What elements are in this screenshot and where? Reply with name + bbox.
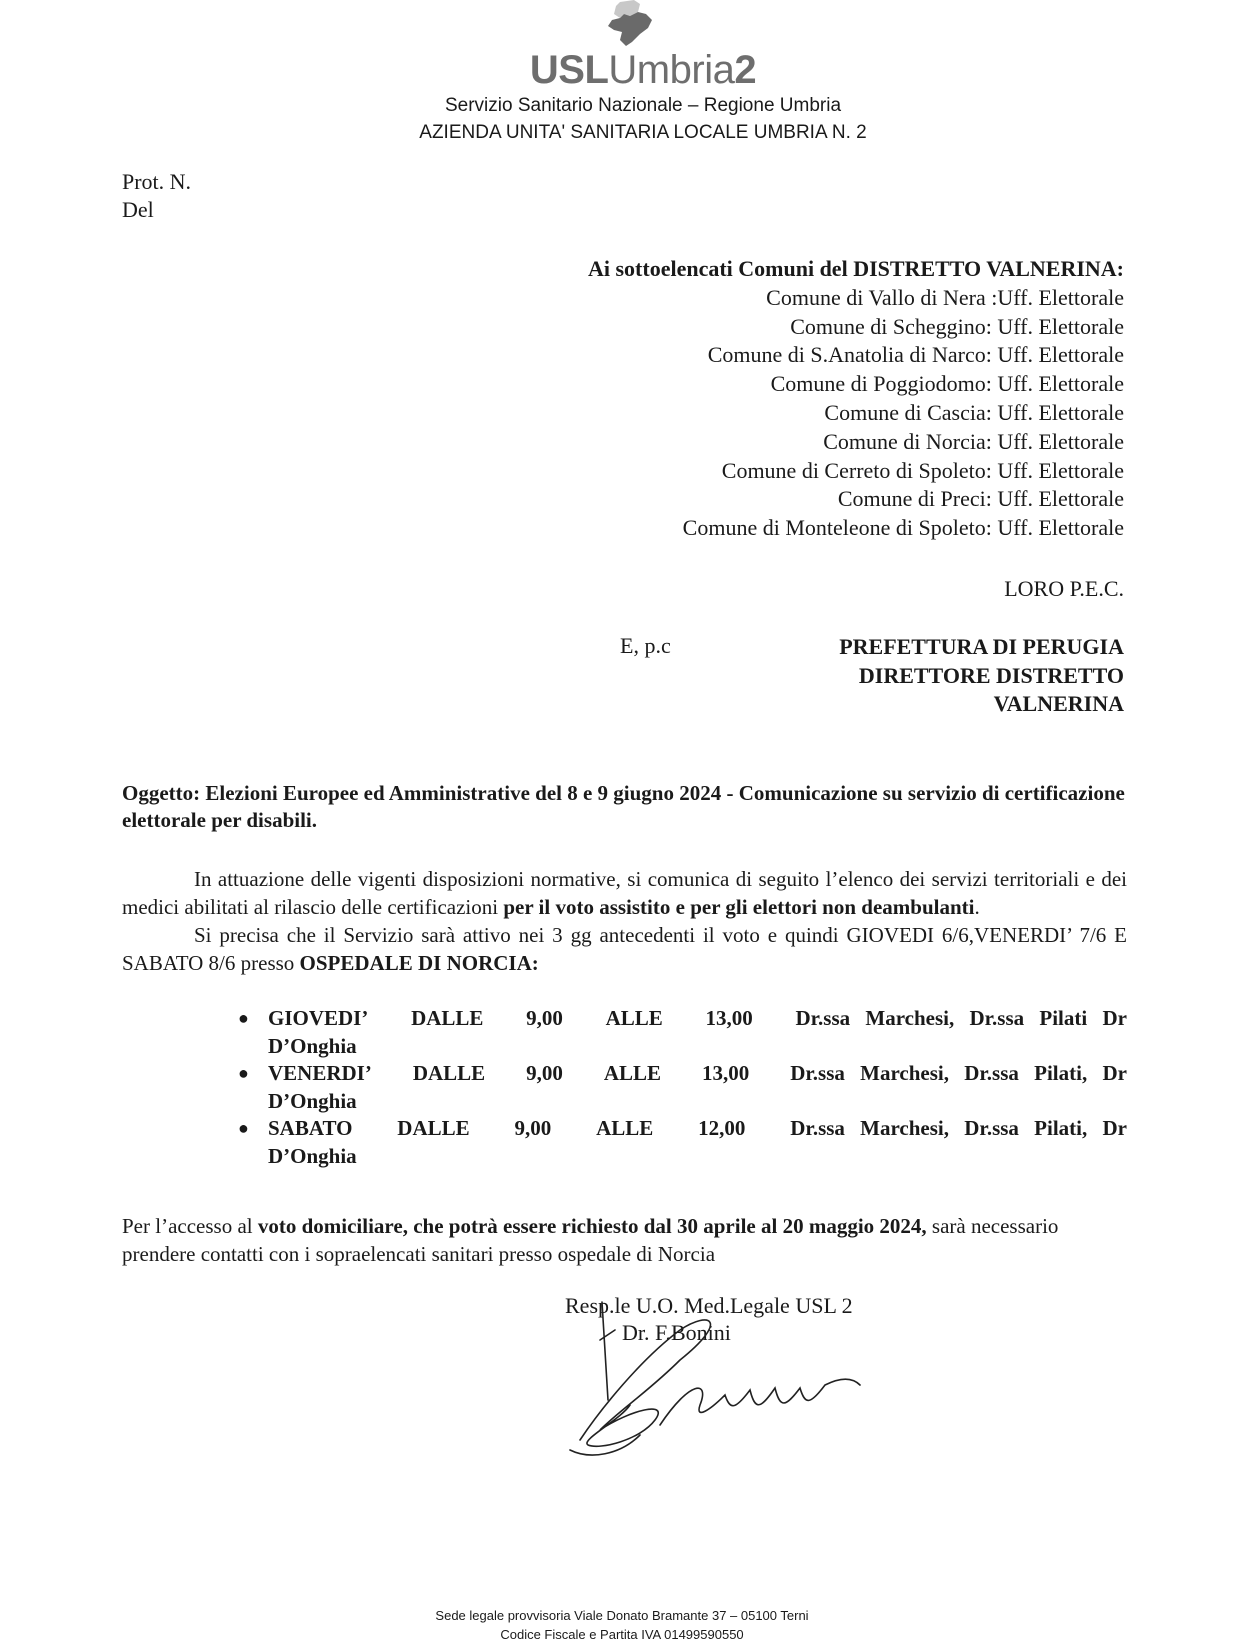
header-agency-name: AZIENDA UNITA' SANITARIA LOCALE UMBRIA N… [0, 122, 1234, 144]
cc-line: DIRETTORE DISTRETTO [839, 662, 1124, 691]
recipient-item: Comune di Norcia: Uff. Elettorale [588, 428, 1124, 457]
protocol-block: Prot. N. Del [122, 168, 191, 224]
body-text: . [974, 895, 979, 919]
cc-line: PREFETTURA DI PERUGIA [839, 633, 1124, 662]
schedule-from-label: DALLE [413, 1060, 485, 1088]
body-paragraph-1: In attuazione delle vigenti disposizioni… [122, 865, 1127, 921]
schedule-to-time: 13,00 [702, 1060, 749, 1088]
recipient-item: Comune di Cerreto di Spoleto: Uff. Elett… [588, 457, 1124, 486]
logo-umbria-text: Umbria [608, 48, 734, 92]
hospital-name: OSPEDALE DI NORCIA: [300, 951, 539, 975]
header-subtitle: Servizio Sanitario Nazionale – Regione U… [0, 95, 1234, 117]
recipients-heading: Ai sottoelencati Comuni del DISTRETTO VA… [588, 255, 1124, 284]
logo-number-text: 2 [734, 48, 756, 92]
protocol-number-label: Prot. N. [122, 168, 191, 196]
recipient-item: Comune di S.Anatolia di Narco: Uff. Elet… [588, 341, 1124, 370]
schedule-from-time: 9,00 [526, 1005, 563, 1033]
recipients-block: Ai sottoelencati Comuni del DISTRETTO VA… [588, 255, 1124, 543]
closing-bold-text: voto domiciliare, che potrà essere richi… [258, 1214, 927, 1238]
schedule-item: ● SABATO DALLE 9,00 ALLE 12,00 Dr.ssa Ma… [232, 1115, 1127, 1170]
recipient-item: Comune di Cascia: Uff. Elettorale [588, 399, 1124, 428]
schedule-from-label: DALLE [397, 1115, 469, 1143]
cc-line: VALNERINA [839, 690, 1124, 719]
schedule-to-time: 13,00 [706, 1005, 753, 1033]
schedule-from-label: DALLE [411, 1005, 483, 1033]
cc-recipients: PREFETTURA DI PERUGIA DIRETTORE DISTRETT… [839, 633, 1124, 719]
body-text: Si precisa che il Servizio sarà attivo n… [122, 923, 1127, 975]
schedule-list: ● GIOVEDI’ DALLE 9,00 ALLE 13,00 Dr.ssa … [232, 1005, 1127, 1170]
footer-tax-id: Codice Fiscale e Partita IVA 01499590550 [0, 1627, 1234, 1642]
schedule-to-label: ALLE [604, 1060, 661, 1088]
schedule-to-time: 12,00 [698, 1115, 745, 1143]
schedule-day: SABATO [268, 1115, 352, 1143]
schedule-day: GIOVEDI’ [268, 1005, 368, 1033]
bullet-icon: ● [238, 1005, 249, 1033]
schedule-from-time: 9,00 [515, 1115, 552, 1143]
schedule-from-time: 9,00 [526, 1060, 563, 1088]
schedule-doctors: Dr.ssa Marchesi, Dr.ssa Pilati Dr [796, 1005, 1127, 1033]
schedule-item: ● VENERDI’ DALLE 9,00 ALLE 13,00 Dr.ssa … [232, 1060, 1127, 1115]
recipient-item: Comune di Preci: Uff. Elettorale [588, 485, 1124, 514]
schedule-doctors-cont: D’Onghia [268, 1143, 1127, 1171]
schedule-item: ● GIOVEDI’ DALLE 9,00 ALLE 13,00 Dr.ssa … [232, 1005, 1127, 1060]
recipient-item: Comune di Poggiodomo: Uff. Elettorale [588, 370, 1124, 399]
body-bold-text: per il voto assistito e per gli elettori… [503, 895, 974, 919]
handwritten-signature-icon [560, 1300, 920, 1460]
schedule-to-label: ALLE [606, 1005, 663, 1033]
loro-pec-label: LORO P.E.C. [1004, 576, 1124, 602]
logo-usl-text: USL [530, 48, 609, 92]
closing-text: Per l’accesso al [122, 1214, 258, 1238]
schedule-day: VENERDI’ [268, 1060, 372, 1088]
umbria-map-logo-icon [590, 0, 660, 48]
bullet-icon: ● [238, 1115, 249, 1143]
schedule-doctors-cont: D’Onghia [268, 1088, 1127, 1116]
recipient-item: Comune di Vallo di Nera :Uff. Elettorale [588, 284, 1124, 313]
schedule-to-label: ALLE [596, 1115, 653, 1143]
recipient-item: Comune di Monteleone di Spoleto: Uff. El… [588, 514, 1124, 543]
bullet-icon: ● [238, 1060, 249, 1088]
schedule-doctors-cont: D’Onghia [268, 1033, 1127, 1061]
letter-body: In attuazione delle vigenti disposizioni… [122, 865, 1127, 977]
subject-line: Oggetto: Elezioni Europee ed Amministrat… [122, 780, 1127, 834]
cc-label: E, p.c [620, 633, 671, 659]
closing-paragraph: Per l’accesso al voto domiciliare, che p… [122, 1212, 1127, 1268]
usl-umbria2-logo: USLUmbria2 [0, 48, 1234, 92]
schedule-doctors: Dr.ssa Marchesi, Dr.ssa Pilati, Dr [790, 1115, 1127, 1143]
body-paragraph-2: Si precisa che il Servizio sarà attivo n… [122, 921, 1127, 977]
footer-address: Sede legale provvisoria Viale Donato Bra… [0, 1608, 1234, 1623]
schedule-doctors: Dr.ssa Marchesi, Dr.ssa Pilati, Dr [790, 1060, 1127, 1088]
recipient-item: Comune di Scheggino: Uff. Elettorale [588, 313, 1124, 342]
protocol-date-label: Del [122, 196, 191, 224]
